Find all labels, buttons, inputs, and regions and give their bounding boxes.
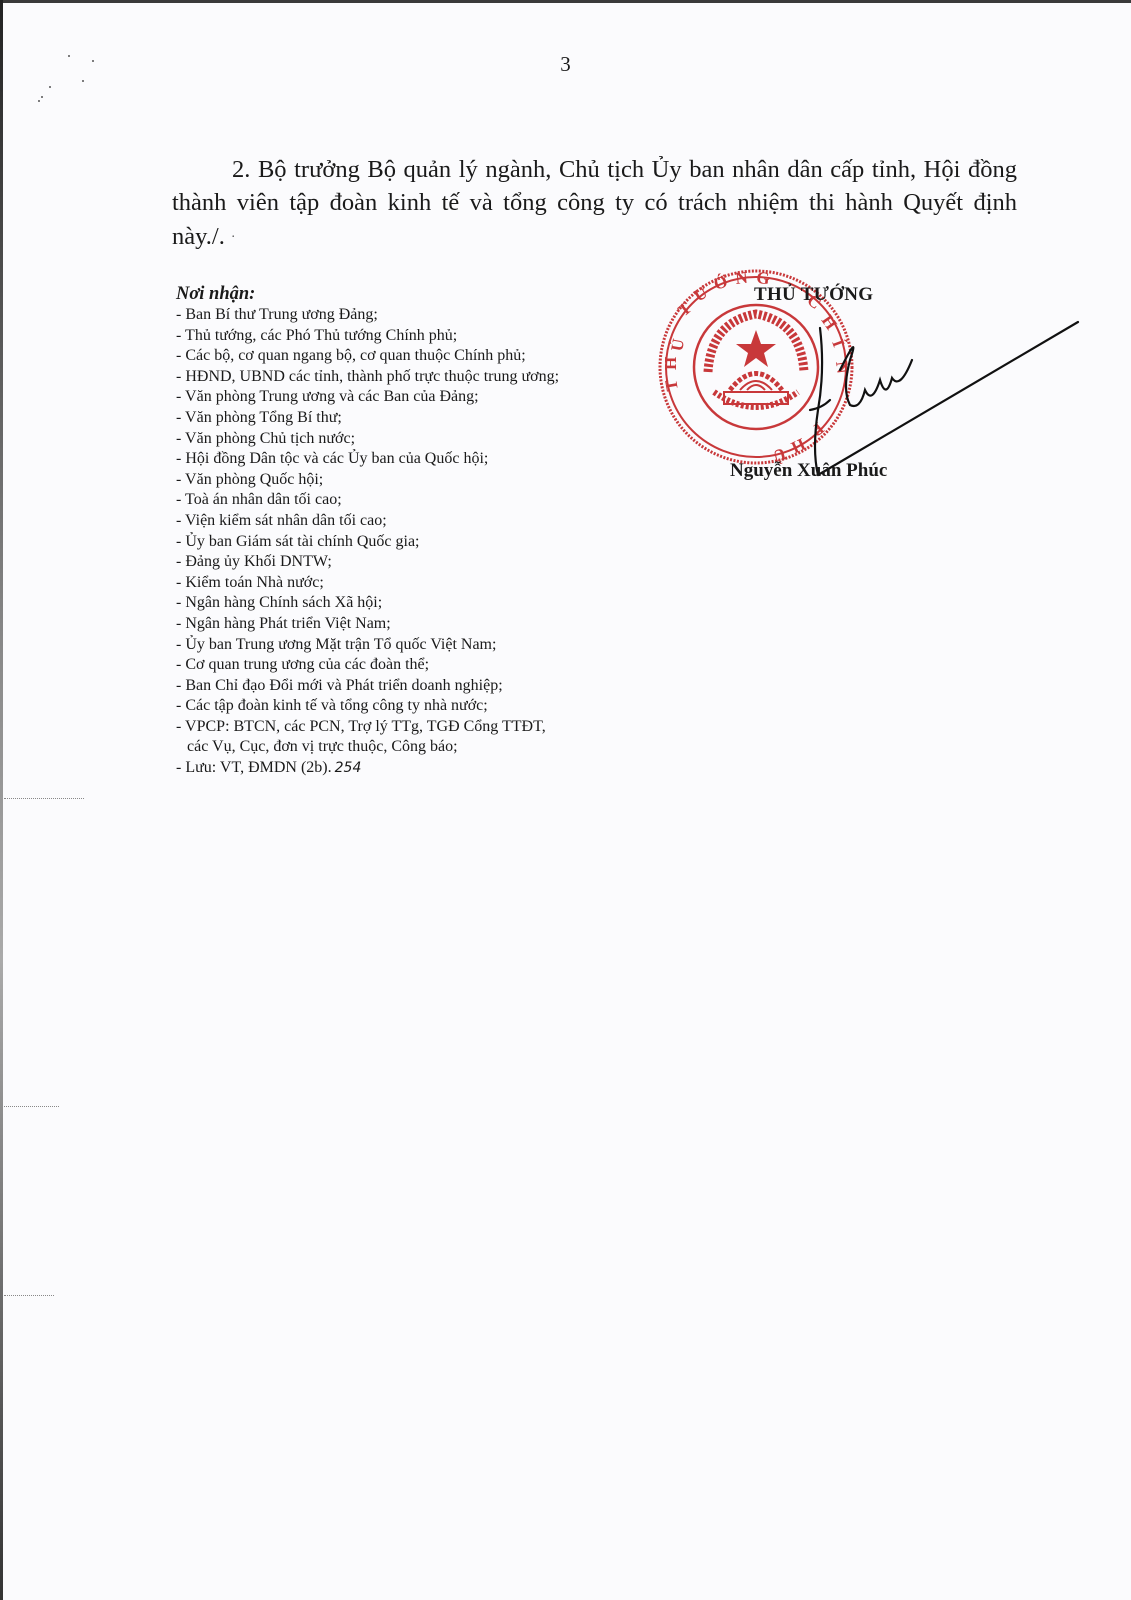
recipient-item: - Các bộ, cơ quan ngang bộ, cơ quan thuộ… bbox=[176, 346, 696, 367]
recipient-item: - Văn phòng Quốc hội; bbox=[176, 470, 696, 491]
recipient-item: - Đảng ủy Khối DNTW; bbox=[176, 552, 696, 573]
recipients-block: Nơi nhận: - Ban Bí thư Trung ương Đảng; … bbox=[176, 283, 696, 779]
handwritten-count: 254 bbox=[335, 760, 362, 776]
closing-paragraph-text: 2. Bộ trưởng Bộ quản lý ngành, Chủ tịch … bbox=[172, 156, 1017, 250]
recipient-item: - Văn phòng Tổng Bí thư; bbox=[176, 408, 696, 429]
recipient-item: - Ủy ban Trung ương Mặt trận Tổ quốc Việ… bbox=[176, 635, 696, 656]
recipient-item: - Ban Bí thư Trung ương Đảng; bbox=[176, 305, 696, 326]
recipient-item: - Toà án nhân dân tối cao; bbox=[176, 490, 696, 511]
page-number: 3 bbox=[0, 52, 1131, 77]
recipient-item: - Cơ quan trung ương của các đoàn thể; bbox=[176, 655, 696, 676]
recipient-item: - Ngân hàng Phát triển Việt Nam; bbox=[176, 614, 696, 635]
recipients-title: Nơi nhận: bbox=[176, 283, 696, 305]
storage-text: - Lưu: VT, ĐMDN (2b). bbox=[176, 759, 332, 776]
signer-name: Nguyễn Xuân Phúc bbox=[730, 460, 887, 482]
recipient-item: - Ban Chỉ đạo Đổi mới và Phát triển doan… bbox=[176, 676, 696, 697]
signature-block: T Ư Ớ N G C H Í N H T Ủ P H Ủ THỦ TƯỚNG … bbox=[650, 260, 1090, 500]
recipient-item: - Viện kiểm sát nhân dân tối cao; bbox=[176, 511, 696, 532]
recipient-item: - HĐND, UBND các tỉnh, thành phố trực th… bbox=[176, 367, 696, 388]
recipient-item: - Các tập đoàn kinh tế và tổng công ty n… bbox=[176, 696, 696, 717]
recipient-list: - Ban Bí thư Trung ương Đảng; - Thủ tướn… bbox=[176, 305, 696, 779]
recipient-item: - Kiểm toán Nhà nước; bbox=[176, 573, 696, 594]
recipient-item-continuation: các Vụ, Cục, đơn vị trực thuộc, Công báo… bbox=[176, 737, 696, 758]
recipient-item: - VPCP: BTCN, các PCN, Trợ lý TTg, TGĐ C… bbox=[176, 717, 696, 738]
scan-edge-top bbox=[0, 0, 1131, 3]
recipient-item: - Ngân hàng Chính sách Xã hội; bbox=[176, 593, 696, 614]
recipient-item: - Hội đồng Dân tộc và các Ủy ban của Quố… bbox=[176, 449, 696, 470]
recipient-item: - Thủ tướng, các Phó Thủ tướng Chính phủ… bbox=[176, 326, 696, 347]
recipient-item: - Ủy ban Giám sát tài chính Quốc gia; bbox=[176, 532, 696, 553]
closing-paragraph: 2. Bộ trưởng Bộ quản lý ngành, Chủ tịch … bbox=[172, 153, 1017, 255]
recipient-storage-line: - Lưu: VT, ĐMDN (2b).254 bbox=[176, 758, 696, 779]
scan-dot-mark: · bbox=[231, 230, 236, 245]
recipient-item: - Văn phòng Trung ương và các Ban của Đả… bbox=[176, 387, 696, 408]
scan-edge-left bbox=[0, 0, 3, 1600]
recipient-item: - Văn phòng Chủ tịch nước; bbox=[176, 429, 696, 450]
